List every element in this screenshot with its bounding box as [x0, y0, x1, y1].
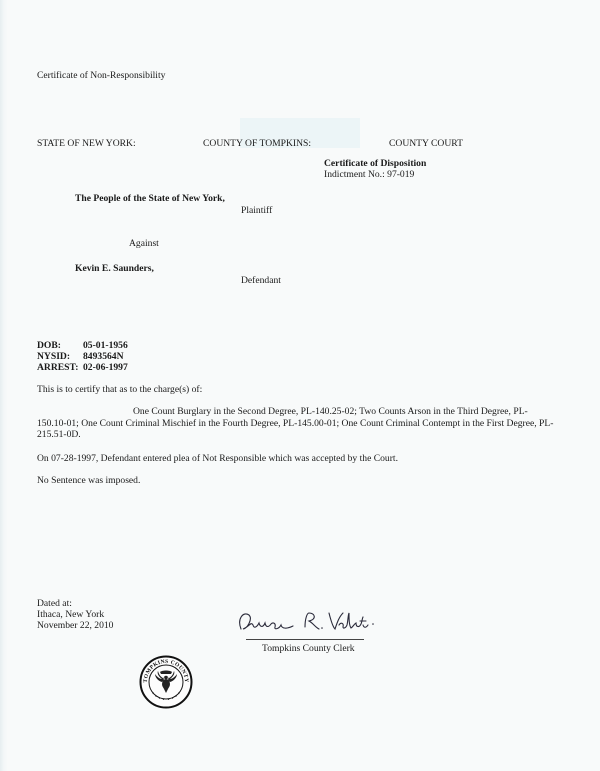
dob-label: DOB:	[37, 340, 83, 351]
defendant-role: Defendant	[241, 275, 281, 286]
against-label: Against	[129, 238, 159, 249]
header-state: STATE OF NEW YORK:	[37, 138, 136, 149]
nysid-row: NYSID:8493564N	[37, 351, 124, 362]
dob-row: DOB:05-01-1956	[37, 340, 128, 351]
handwritten-signature	[235, 605, 375, 637]
sentence-statement: No Sentence was imposed.	[37, 475, 140, 486]
charges-paragraph: One Count Burglary in the Second Degree,…	[37, 406, 557, 441]
county-seal-eagle-icon: TOMPKINS COUNTY	[139, 655, 193, 709]
plaintiff-role: Plaintiff	[241, 205, 272, 216]
dated-place: Ithaca, New York	[37, 609, 104, 620]
indictment-number: Indictment No.: 97-019	[324, 169, 414, 180]
certify-intro: This is to certify that as to the charge…	[37, 384, 202, 395]
certificate-title: Certificate of Disposition	[324, 158, 426, 169]
arrest-label: ARREST:	[37, 362, 83, 373]
arrest-value: 02-06-1997	[83, 362, 128, 373]
dob-value: 05-01-1956	[83, 340, 128, 351]
arrest-row: ARREST:02-06-1997	[37, 362, 128, 373]
signer-title: Tompkins County Clerk	[262, 643, 355, 654]
defendant-name: Kevin E. Saunders,	[75, 263, 154, 274]
signature-line	[246, 639, 364, 640]
header-county: COUNTY OF TOMPKINS:	[203, 138, 311, 149]
document-page: Certificate of Non-Responsibility STATE …	[0, 0, 600, 771]
plaintiff-name: The People of the State of New York,	[75, 193, 225, 204]
nysid-value: 8493564N	[83, 351, 124, 362]
plea-statement: On 07-28-1997, Defendant entered plea of…	[37, 453, 398, 464]
header-court: COUNTY COURT	[389, 138, 463, 149]
document-heading: Certificate of Non-Responsibility	[37, 70, 165, 81]
nysid-label: NYSID:	[37, 351, 83, 362]
dated-label: Dated at:	[37, 598, 72, 609]
dated-date: November 22, 2010	[37, 620, 113, 631]
